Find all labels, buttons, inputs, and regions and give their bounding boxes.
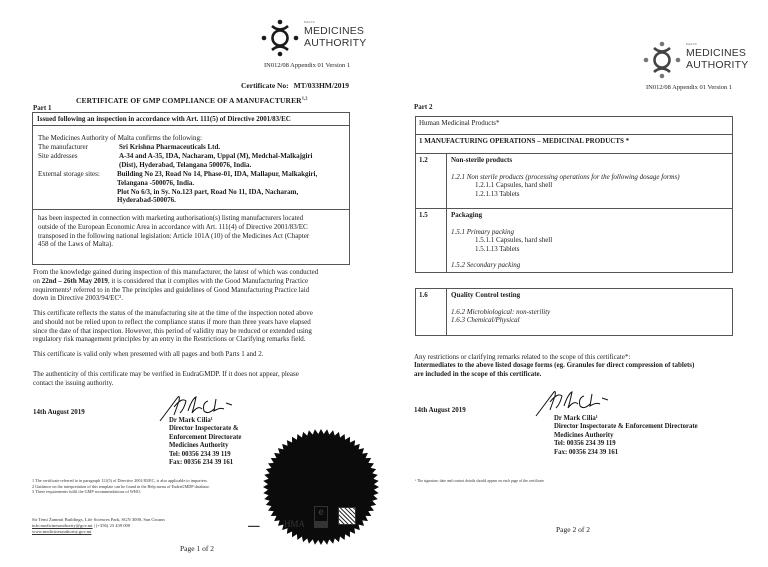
issue-date: 14th August 2019 — [414, 406, 466, 414]
site-address-line-2: (Dist), Hyderabad, Telangana 500076, Ind… — [119, 161, 347, 170]
row-item: 1.5.1.13 Tablets — [451, 245, 728, 254]
page-number: Page 2 of 2 — [556, 525, 590, 534]
authenticity-line-1: The authenticity of this certificate may… — [33, 370, 299, 379]
certification-logo: e — [314, 506, 328, 528]
logo-country: MALTA — [686, 42, 697, 46]
compliance-paragraph: From the knowledge gained during inspect… — [33, 268, 318, 303]
legislation-line-2: outside of the European Economic Area in… — [38, 223, 309, 232]
compliance-line-1: From the knowledge gained during inspect… — [33, 268, 318, 277]
signatory-org: Medicines Authority — [169, 442, 241, 450]
row-title: Quality Control testing — [451, 291, 728, 300]
logo-line-1: MEDICINES — [304, 26, 364, 37]
signatory-tel: Tel: 00356 234 39 119 — [554, 440, 698, 448]
manufacturer-name: Sri Krishna Pharmaceuticals Ltd. — [119, 143, 347, 152]
signatory-fax: Fax: 00356 234 39 161 — [169, 459, 241, 467]
footer-logos: ▬▬▬ HMA e — [248, 498, 388, 538]
signatory-tel: Tel: 00356 234 39 119 — [169, 451, 241, 459]
authority-address: Sir Temi Żammit Buildings, Life Sciences… — [32, 517, 165, 534]
legislation-line-1: has been inspected in connection with ma… — [38, 214, 309, 223]
medicines-authority-logo: MALTA MEDICINES AUTHORITY — [260, 16, 380, 60]
divider — [33, 209, 349, 210]
email-link[interactable]: info.medicinesauthority@gov.mt — [32, 523, 93, 528]
compliance-line-4: down in Directive 2003/94/EC³. — [33, 294, 318, 303]
site-address-line-1: A-34 and A-35, IDA, Nacharam, Uppal (M),… — [119, 152, 347, 161]
medicines-authority-logo: MALTA MEDICINES AUTHORITY — [642, 38, 762, 82]
section-title: 1 MANUFACTURING OPERATIONS – MEDICINAL P… — [416, 135, 732, 147]
compliance-line-2-post: , it is considered that it complies with… — [108, 277, 308, 285]
row-title: Non-sterile products — [451, 156, 728, 165]
signatory-org: Medicines Authority — [554, 432, 698, 440]
row-number: 1.6 — [416, 289, 447, 335]
inspection-header: Issued following an inspection in accord… — [37, 115, 291, 123]
validity-line-3: since the date of that inspection. Howev… — [33, 327, 313, 336]
medicines-authority-logo-icon — [260, 18, 300, 58]
row-item: 1.5.1.1 Capsules, hard shell — [451, 236, 728, 245]
issue-date: 14th August 2019 — [33, 408, 85, 416]
storage-line-2: Telangana -500076, India. — [117, 179, 345, 188]
document-reference: IN012/08 Appendix 01 Version 1 — [646, 84, 732, 91]
row-item: 1.2.1.13 Tablets — [451, 190, 728, 199]
external-storage-sites: Building No 23, Road No 14, Phase-01, ID… — [117, 170, 345, 205]
signatory-fax: Fax: 00356 234 39 161 — [554, 449, 698, 457]
document-title: CERTIFICATE OF GMP COMPLIANCE OF A MANUF… — [76, 96, 308, 105]
signature-image — [534, 388, 618, 418]
logo-country: MALTA — [304, 20, 315, 24]
signatory-role-2: Enforcement Directorate — [169, 434, 241, 442]
certificate-page-1: MALTA MEDICINES AUTHORITY IN012/08 Appen… — [0, 0, 384, 567]
inspection-legislation-text: has been inspected in connection with ma… — [38, 214, 309, 249]
row-subtitle: 1.5.1 Primary packing — [451, 228, 728, 237]
document-title-sup: 1,2 — [302, 96, 308, 101]
row-content: Packaging 1.5.1 Primary packing 1.5.1.1 … — [447, 209, 732, 273]
qr-certification-logo — [338, 507, 356, 525]
table-row: Human Medicinal Products* — [416, 117, 732, 135]
signature-footnote: ¹ The signature, date and contact detail… — [415, 479, 544, 483]
partner-logo: ▬▬▬ — [248, 523, 259, 528]
certificate-number-value: MT/033HM/2019 — [294, 81, 349, 90]
site-addresses-label: Site addresses — [38, 152, 77, 160]
table-row: 1 MANUFACTURING OPERATIONS – MEDICINAL P… — [416, 135, 732, 154]
legislation-line-4: 458 of the Laws of Malta). — [38, 240, 309, 249]
row-subtitle: 1.5.2 Secondary packing — [451, 261, 728, 270]
signatory-block: Dr Mark Cilia¹ Director Inspectorate & E… — [169, 417, 241, 467]
storage-line-4: Hyderabad-500076. — [117, 196, 345, 205]
row-content: Quality Control testing 1.6.2 Microbiolo… — [447, 289, 732, 328]
signatory-role: Director Inspectorate & Enforcement Dire… — [554, 423, 698, 431]
legislation-line-3: transposed in the following national leg… — [38, 232, 309, 241]
compliance-line-2-pre: on — [33, 277, 42, 285]
website-link[interactable]: www.medicinesauthority.gov.mt — [32, 529, 165, 535]
row-title: Packaging — [451, 211, 728, 220]
signatory-block: Dr Mark Cilia¹ Director Inspectorate & E… — [554, 415, 698, 457]
document-reference: IN012/08 Appendix 01 Version 1 — [264, 62, 350, 69]
certificate-page-2: MALTA MEDICINES AUTHORITY IN012/08 Appen… — [384, 0, 768, 567]
manufacturing-operations-table: Human Medicinal Products* 1 MANUFACTURIN… — [415, 116, 733, 273]
logo-line-1: MEDICINES — [686, 48, 746, 59]
phone-number: | (+356) 23 439 000 — [93, 523, 131, 528]
certificate-number-label: Certificate No: — [241, 81, 289, 90]
row-number: 1.2 — [416, 154, 447, 208]
valid-pages-note: This certificate is valid only when pres… — [33, 350, 264, 359]
compliance-line-2: on 22nd – 26th May 2019, it is considere… — [33, 277, 318, 286]
certification-logo-mark: e — [318, 507, 324, 518]
part-2-label: Part 2 — [414, 103, 432, 111]
remarks-line-2: are included in the scope of this certif… — [414, 370, 694, 379]
inspection-details-box: Issued following an inspection in accord… — [32, 112, 350, 265]
manufacturer-label: The manufacturer — [38, 143, 88, 151]
inspection-dates: 22nd – 26th May 2019 — [42, 277, 108, 285]
footnote-3: 3 These requirements fulfil the GMP reco… — [32, 489, 262, 495]
certificate-number: Certificate No: MT/033HM/2019 — [241, 81, 349, 90]
table-row: 1.5 Packaging 1.5.1 Primary packing 1.5.… — [416, 209, 732, 272]
logo-line-2: AUTHORITY — [304, 38, 366, 49]
site-address: A-34 and A-35, IDA, Nacharam, Uppal (M),… — [119, 152, 347, 170]
remarks-line-1: Intermediates to the above listed dosage… — [414, 361, 694, 370]
signatory-role-1: Director Inspectorate & — [169, 425, 241, 433]
external-storage-label: External storage sites: — [38, 170, 100, 178]
hma-logo: HMA — [284, 519, 305, 529]
table-row: 1.2 Non-sterile products 1.2.1 Non steri… — [416, 154, 732, 209]
logo-line-2: AUTHORITY — [686, 60, 748, 71]
quality-control-table: 1.6 Quality Control testing 1.6.2 Microb… — [415, 288, 733, 336]
page-number: Page 1 of 2 — [180, 544, 214, 553]
row-subtitle: 1.2.1 Non sterile products (processing o… — [451, 173, 728, 182]
authenticity-paragraph: The authenticity of this certificate may… — [33, 370, 299, 388]
authenticity-line-2: contact the issuing authority. — [33, 379, 299, 388]
validity-line-4: regulatory risk management principles by… — [33, 335, 313, 344]
signatory-name: Dr Mark Cilia¹ — [554, 415, 698, 423]
signatory-name: Dr Mark Cilia¹ — [169, 417, 241, 425]
row-item: 1.6.2 Microbiological: non-sterility — [451, 308, 728, 317]
footnotes: 1 The certificate referred to in paragra… — [32, 478, 262, 495]
storage-line-3: Plot No 6/3, in Sy. No.123 part, Road No… — [117, 188, 345, 197]
medicines-authority-logo-icon — [642, 40, 682, 80]
row-item: 1.2.1.1 Capsules, hard shell — [451, 181, 728, 190]
human-products-label: Human Medicinal Products* — [416, 117, 732, 129]
part-1-label: Part 1 — [33, 104, 51, 112]
validity-line-1: This certificate reflects the status of … — [33, 309, 313, 318]
validity-line-2: and should not be relied upon to reflect… — [33, 318, 313, 327]
validity-paragraph: This certificate reflects the status of … — [33, 309, 313, 344]
row-number: 1.5 — [416, 209, 447, 272]
storage-line-1: Building No 23, Road No 14, Phase-01, ID… — [117, 170, 345, 179]
divider — [33, 125, 349, 126]
row-content: Non-sterile products 1.2.1 Non sterile p… — [447, 154, 732, 201]
remarks-text: Intermediates to the above listed dosage… — [414, 361, 694, 379]
table-row: 1.6 Quality Control testing 1.6.2 Microb… — [416, 289, 732, 335]
row-item: 1.6.3 Chemical/Physical — [451, 316, 728, 325]
document-title-text: CERTIFICATE OF GMP COMPLIANCE OF A MANUF… — [76, 96, 302, 105]
compliance-line-3: requirements¹ referred to in the The pri… — [33, 286, 318, 295]
confirms-intro: The Medicines Authority of Malta confirm… — [38, 134, 202, 143]
